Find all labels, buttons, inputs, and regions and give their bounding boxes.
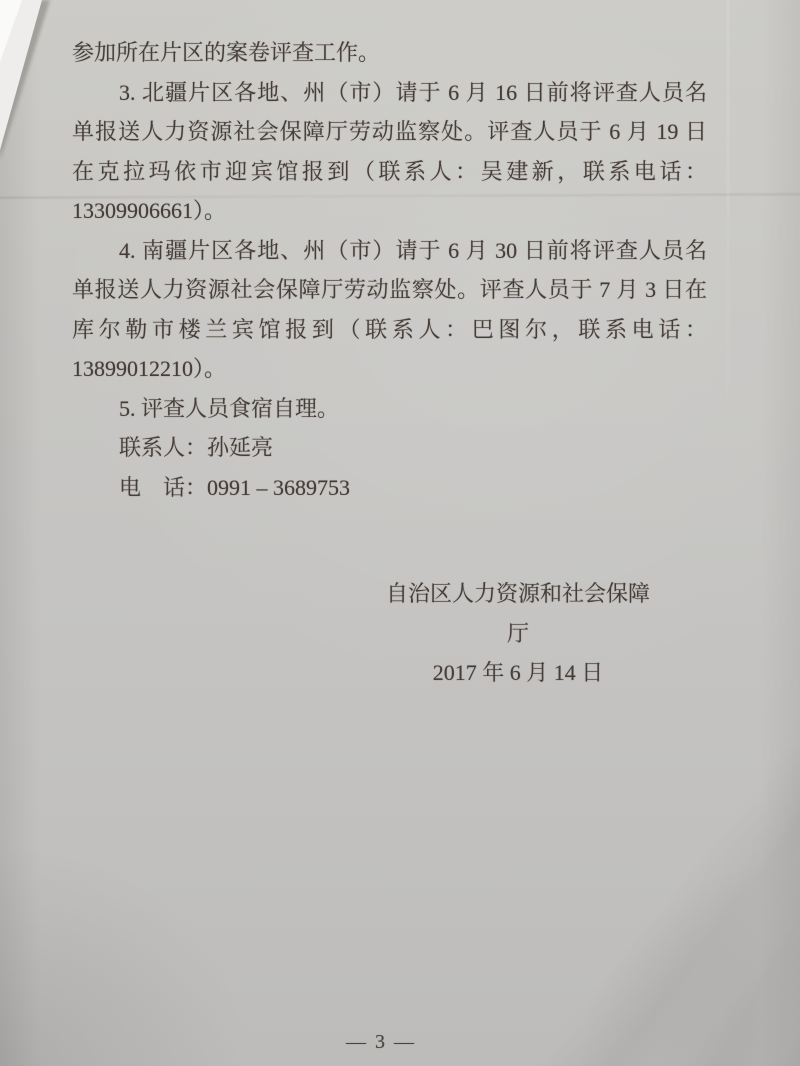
signature-date: 2017 年 6 月 14 日 (377, 653, 659, 693)
body-line: 单报送人力资源社会保障厅劳动监察处。评查人员于 6 月 19 日 (72, 112, 707, 152)
body-line: 参加所在片区的案卷评查工作。 (72, 33, 707, 73)
document-body: 参加所在片区的案卷评查工作。 3. 北疆片区各地、州（市）请于 6 月 16 日… (72, 33, 707, 507)
document-page: 参加所在片区的案卷评查工作。 3. 北疆片区各地、州（市）请于 6 月 16 日… (0, 0, 800, 1066)
body-line: 3. 北疆片区各地、州（市）请于 6 月 16 日前将评查人员名 (72, 73, 707, 113)
paper-crease-vertical (727, 0, 729, 430)
contact-person-line: 联系人：孙延亮 (72, 428, 707, 468)
body-line: 13309906661）。 (72, 191, 707, 231)
signature-org: 自治区人力资源和社会保障厅 (377, 574, 659, 653)
page-number: — 3 — (0, 1028, 762, 1056)
body-line: 13899012210）。 (72, 349, 707, 389)
body-line: 5. 评查人员食宿自理。 (72, 389, 707, 429)
body-line: 4. 南疆片区各地、州（市）请于 6 月 30 日前将评查人员名 (72, 231, 707, 271)
body-line: 库尔勒市楼兰宾馆报到（联系人：巴图尔，联系电话： (72, 310, 707, 350)
signature-block: 自治区人力资源和社会保障厅 2017 年 6 月 14 日 (377, 574, 659, 693)
underlying-page-corner-highlight (0, 0, 22, 62)
body-line: 在克拉玛依市迎宾馆报到（联系人：吴建新，联系电话： (72, 152, 707, 192)
body-line: 单报送人力资源社会保障厅劳动监察处。评查人员于 7 月 3 日在 (72, 270, 707, 310)
paper-wrinkle-bottom-right (460, 746, 800, 1066)
contact-phone-line: 电 话：0991 – 3689753 (72, 468, 707, 508)
